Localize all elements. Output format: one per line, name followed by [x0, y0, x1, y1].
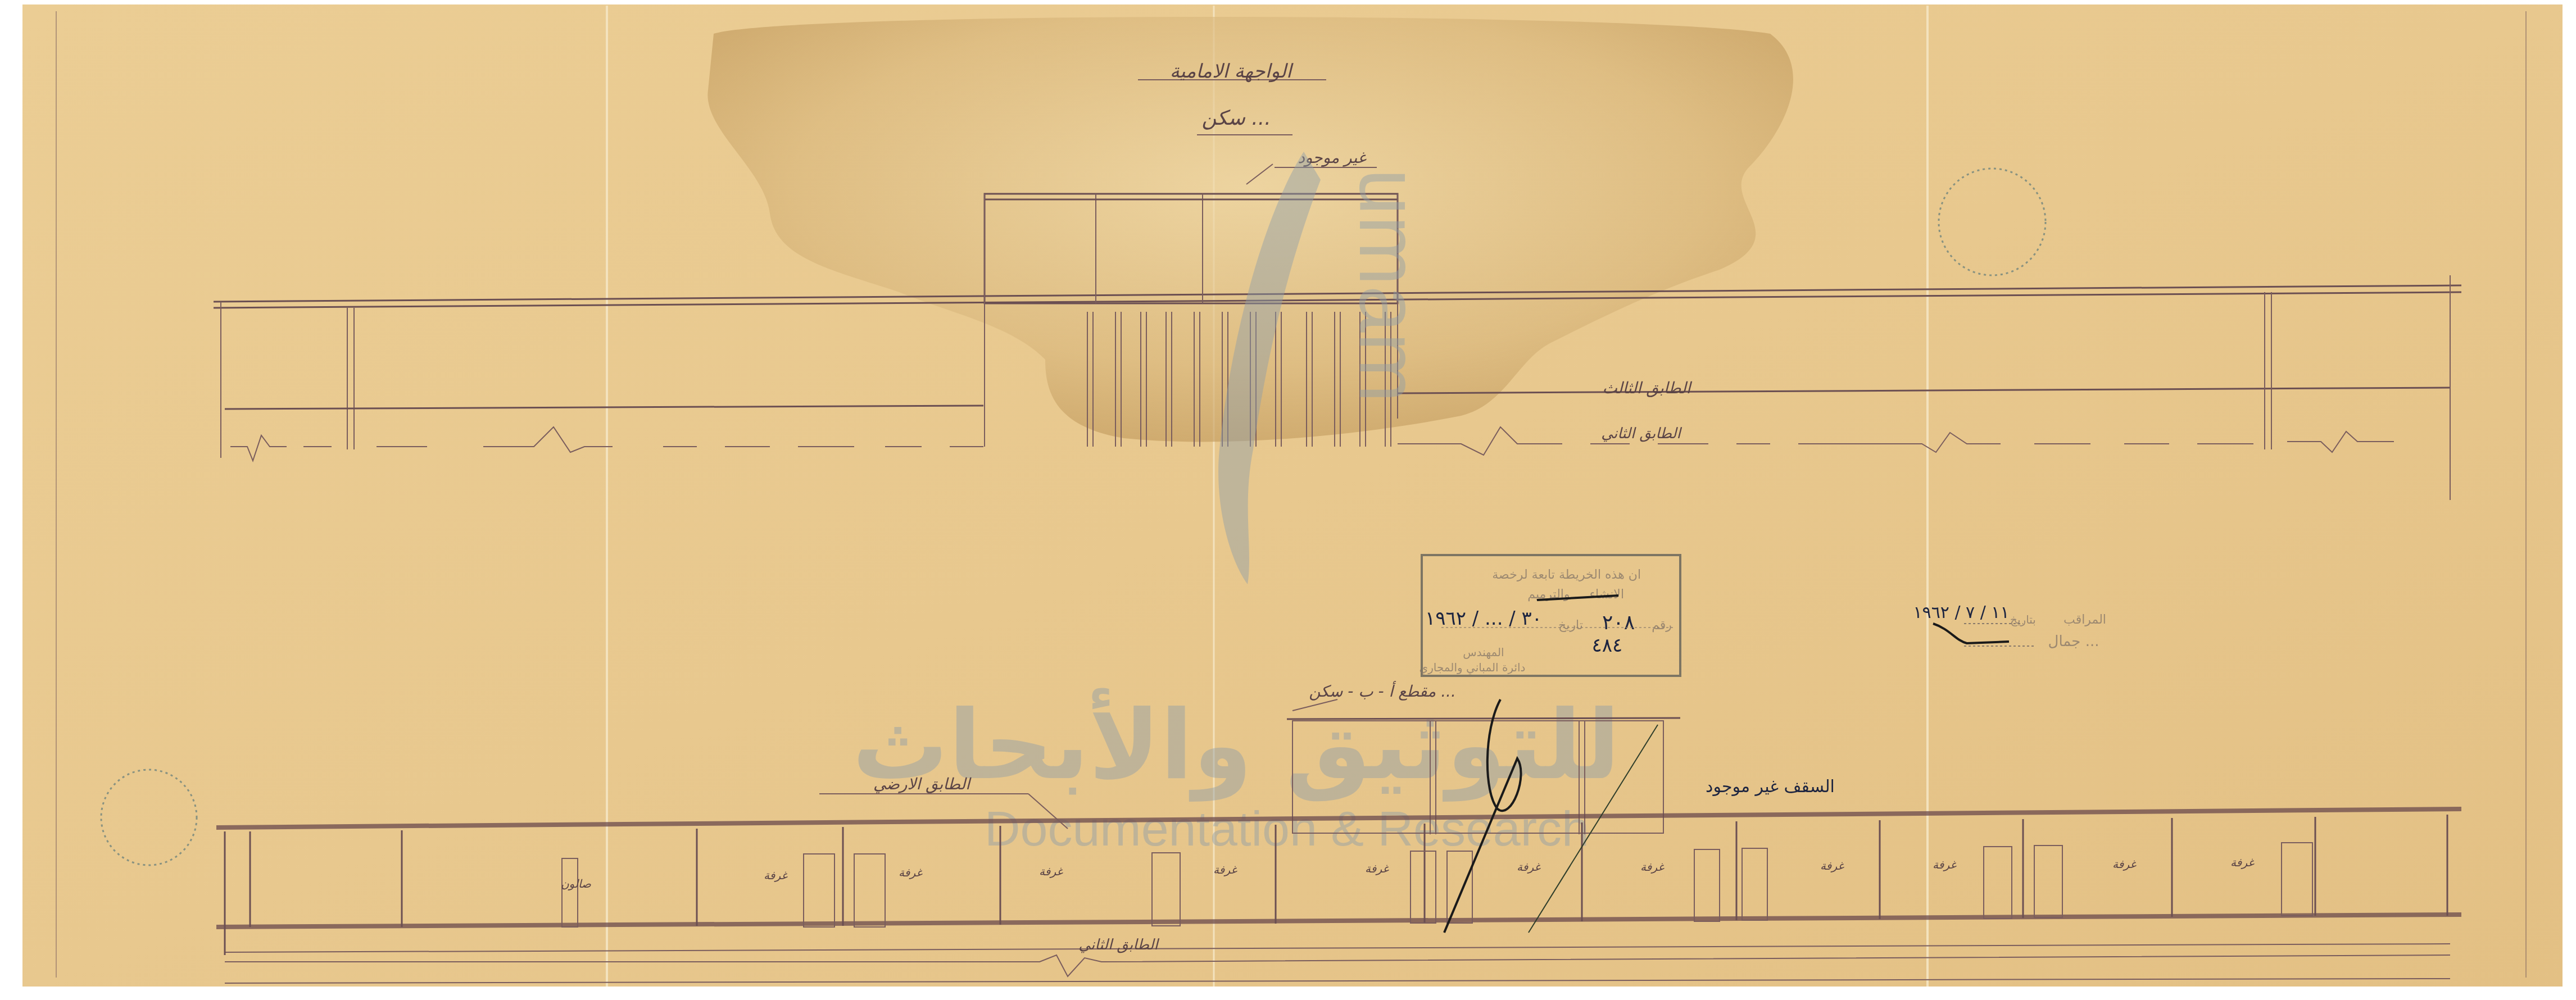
section-note-roof-missing: السقف غير موجود: [1706, 777, 1835, 797]
inspector-date-label: بتاريخ: [2010, 613, 2036, 626]
floor-label-lower: الطابق الثاني: [1601, 425, 1682, 442]
inspector-label: المراقب: [2063, 613, 2106, 627]
room-label: صالون: [561, 877, 592, 890]
permit-department: دائرة المباني والمجاري: [1419, 661, 1525, 675]
permit-number-value: ٢٠٨: [1602, 611, 1635, 634]
permit-engineer-label: المهندس: [1463, 646, 1504, 659]
permit-date-label: تاريخ: [1558, 619, 1583, 633]
inspector-name: جمال ...: [2048, 633, 2099, 650]
inspector-date-value: ١١ / ٧ / ١٩٦٢: [1913, 603, 2009, 622]
section-note-foundation: الطابق الارضي: [873, 775, 972, 793]
room-label: غرفة: [2230, 856, 2255, 869]
room-label: غرفة: [764, 869, 788, 882]
elevation-title: الواجهة الامامية: [1170, 60, 1294, 83]
room-label: غرفة: [1365, 862, 1389, 875]
section-title: مقطع أ - ب - سكن ...: [1309, 681, 1456, 701]
room-label: غرفة: [1640, 860, 1665, 874]
room-label: غرفة: [2112, 857, 2137, 871]
room-label: غرفة: [1820, 859, 1844, 872]
room-label: غرفة: [1517, 860, 1541, 874]
watermark-umam: umam: [1342, 169, 1436, 403]
floor-label-upper: الطابق الثالث: [1602, 379, 1692, 397]
permit-date-value: ٣٠ / ... / ١٩٦٢: [1425, 607, 1542, 630]
permit-extra-number: ٤٨٤: [1592, 634, 1623, 657]
section-bottom-label: الطابق الثاني: [1078, 937, 1159, 953]
room-label: غرفة: [1039, 865, 1063, 878]
room-label: غرفة: [899, 866, 923, 879]
elevation-subtitle: سكن ...: [1201, 107, 1271, 130]
room-label: غرفة: [1933, 858, 1957, 871]
drawing-sheet: الواجهة الامامية سكن ... غير موجود الطاب…: [0, 0, 2576, 1000]
room-label: غرفة: [1213, 863, 1237, 876]
permit-number-label: رقم: [1652, 619, 1672, 633]
permit-stamp-line1: ان هذه الخريطة تابعة لرخصة: [1492, 568, 1641, 582]
